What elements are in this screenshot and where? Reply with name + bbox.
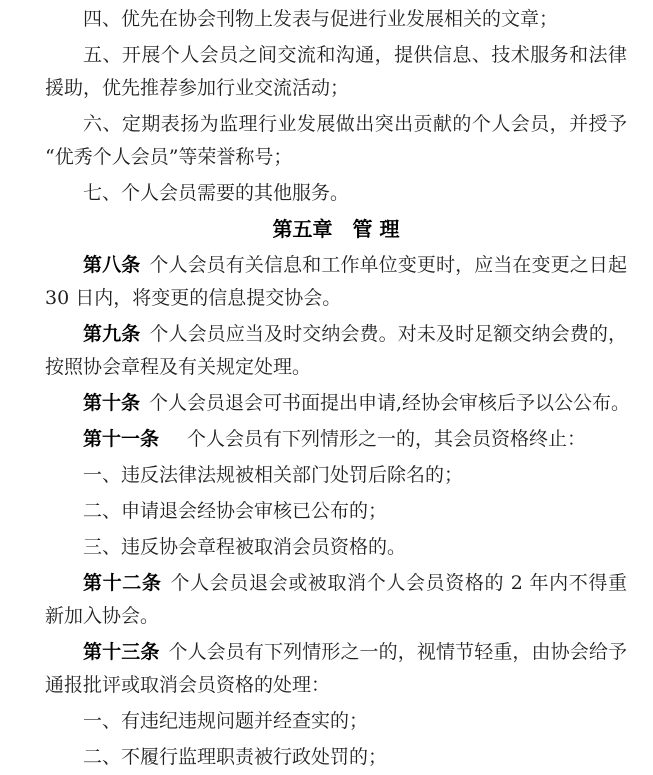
text-line: 第十条个人会员退会可书面提出申请,经协会审核后予以公公布。 [45, 387, 627, 420]
article-paragraph: 第九条个人会员应当及时交纳会费。对未及时足额交纳会费的， 按照协会章程及有关规定… [45, 318, 627, 384]
text-run: 30 日内，将变更的信息提交协会。 [45, 287, 341, 309]
text-line: 第九条个人会员应当及时交纳会费。对未及时足额交纳会费的， [45, 318, 627, 351]
list-item-paragraph: 六、定期表扬为监理行业发展做出突出贡献的个人会员，并授予 “优秀个人会员”等荣誉… [45, 108, 627, 174]
text-run: 新加入协会。 [45, 605, 159, 627]
list-item-paragraph: 四、优先在协会刊物上发表与促进行业发展相关的文章； [45, 3, 627, 36]
text-run: 二、申请退会经协会审核已公布的； [83, 500, 387, 522]
article-number: 第十三条 [83, 641, 159, 663]
list-item-paragraph: 三、违反协会章程被取消会员资格的。 [45, 531, 627, 564]
text-run: 个人会员退会可书面提出申请,经协会审核后予以公公布。 [149, 392, 630, 414]
text-run: 援助，优先推荐参加行业交流活动； [45, 77, 349, 99]
text-line: 五、开展个人会员之间交流和沟通，提供信息、技术服务和法律 [45, 39, 627, 72]
text-line: 第八条个人会员有关信息和工作单位变更时，应当在变更之日起 [45, 249, 627, 282]
text-run: 一、违反法律法规被相关部门处罚后除名的； [83, 464, 463, 486]
text-run: 按照协会章程及有关规定处理。 [45, 356, 311, 378]
text-line: 一、违反法律法规被相关部门处罚后除名的； [45, 459, 627, 492]
text-run: 四、优先在协会刊物上发表与促进行业发展相关的文章； [83, 8, 558, 30]
text-run: 一、有违纪违规问题并经查实的； [83, 710, 368, 732]
text-line: 二、申请退会经协会审核已公布的； [45, 495, 627, 528]
text-run: 个人会员有下列情形之一的，视情节轻重，由协会给予 [168, 641, 627, 663]
chapter-heading-text: 第五章 管 理 [273, 217, 400, 241]
list-item-paragraph: 七、个人会员需要的其他服务。 [45, 177, 627, 210]
text-line: 三、违反协会章程被取消会员资格的。 [45, 531, 627, 564]
text-line: 一、有违纪违规问题并经查实的； [45, 705, 627, 738]
text-run: 个人会员有关信息和工作单位变更时，应当在变更之日起 [149, 254, 627, 276]
article-number: 第十二条 [83, 572, 162, 594]
text-line: 七、个人会员需要的其他服务。 [45, 177, 627, 210]
article-paragraph: 第十三条个人会员有下列情形之一的，视情节轻重，由协会给予 通报批评或取消会员资格… [45, 636, 627, 702]
text-line: 第十一条 个人会员有下列情形之一的，其会员资格终止： [45, 423, 627, 456]
document-page: 四、优先在协会刊物上发表与促进行业发展相关的文章； 五、开展个人会员之间交流和沟… [0, 0, 653, 775]
text-run: 五、开展个人会员之间交流和沟通，提供信息、技术服务和法律 [83, 44, 627, 66]
text-run: 个人会员有下列情形之一的，其会员资格终止： [168, 428, 586, 450]
text-run: 三、违反协会章程被取消会员资格的。 [83, 536, 406, 558]
list-item-paragraph: 五、开展个人会员之间交流和沟通，提供信息、技术服务和法律 援助，优先推荐参加行业… [45, 39, 627, 105]
text-run: “优秀个人会员”等荣誉称号； [45, 146, 292, 168]
text-line: 按照协会章程及有关规定处理。 [45, 351, 627, 384]
text-run: 通报批评或取消会员资格的处理： [45, 674, 330, 696]
text-run: 六、定期表扬为监理行业发展做出突出贡献的个人会员，并授予 [83, 113, 627, 135]
list-item-paragraph: 一、有违纪违规问题并经查实的； [45, 705, 627, 738]
article-paragraph: 第八条个人会员有关信息和工作单位变更时，应当在变更之日起 30 日内，将变更的信… [45, 249, 627, 315]
text-run: 二、不履行监理职责被行政处罚的； [83, 746, 387, 768]
text-line: 第十二条个人会员退会或被取消个人会员资格的 2 年内不得重 [45, 567, 627, 600]
text-line: 通报批评或取消会员资格的处理： [45, 669, 627, 702]
text-line: 30 日内，将变更的信息提交协会。 [45, 282, 627, 315]
article-number: 第十一条 [83, 428, 159, 450]
article-paragraph: 第十一条 个人会员有下列情形之一的，其会员资格终止： [45, 423, 627, 456]
list-item-paragraph: 一、违反法律法规被相关部门处罚后除名的； [45, 459, 627, 492]
list-item-paragraph: 二、不履行监理职责被行政处罚的； [45, 741, 627, 774]
text-line: 第十三条个人会员有下列情形之一的，视情节轻重，由协会给予 [45, 636, 627, 669]
text-line: 二、不履行监理职责被行政处罚的； [45, 741, 627, 774]
text-run: 七、个人会员需要的其他服务。 [83, 182, 349, 204]
article-paragraph: 第十条个人会员退会可书面提出申请,经协会审核后予以公公布。 [45, 387, 627, 420]
text-line: 援助，优先推荐参加行业交流活动； [45, 72, 627, 105]
text-line: 新加入协会。 [45, 600, 627, 633]
article-number: 第九条 [83, 323, 140, 345]
text-run: 个人会员退会或被取消个人会员资格的 2 年内不得重 [171, 572, 628, 594]
text-line: “优秀个人会员”等荣誉称号； [45, 141, 627, 174]
article-paragraph: 第十二条个人会员退会或被取消个人会员资格的 2 年内不得重 新加入协会。 [45, 567, 627, 633]
article-number: 第十条 [83, 392, 140, 414]
list-item-paragraph: 二、申请退会经协会审核已公布的； [45, 495, 627, 528]
text-line: 六、定期表扬为监理行业发展做出突出贡献的个人会员，并授予 [45, 108, 627, 141]
text-run: 个人会员应当及时交纳会费。对未及时足额交纳会费的， [149, 323, 627, 345]
chapter-heading: 第五章 管 理 [45, 213, 627, 246]
text-line: 四、优先在协会刊物上发表与促进行业发展相关的文章； [45, 3, 627, 36]
article-number: 第八条 [83, 254, 140, 276]
